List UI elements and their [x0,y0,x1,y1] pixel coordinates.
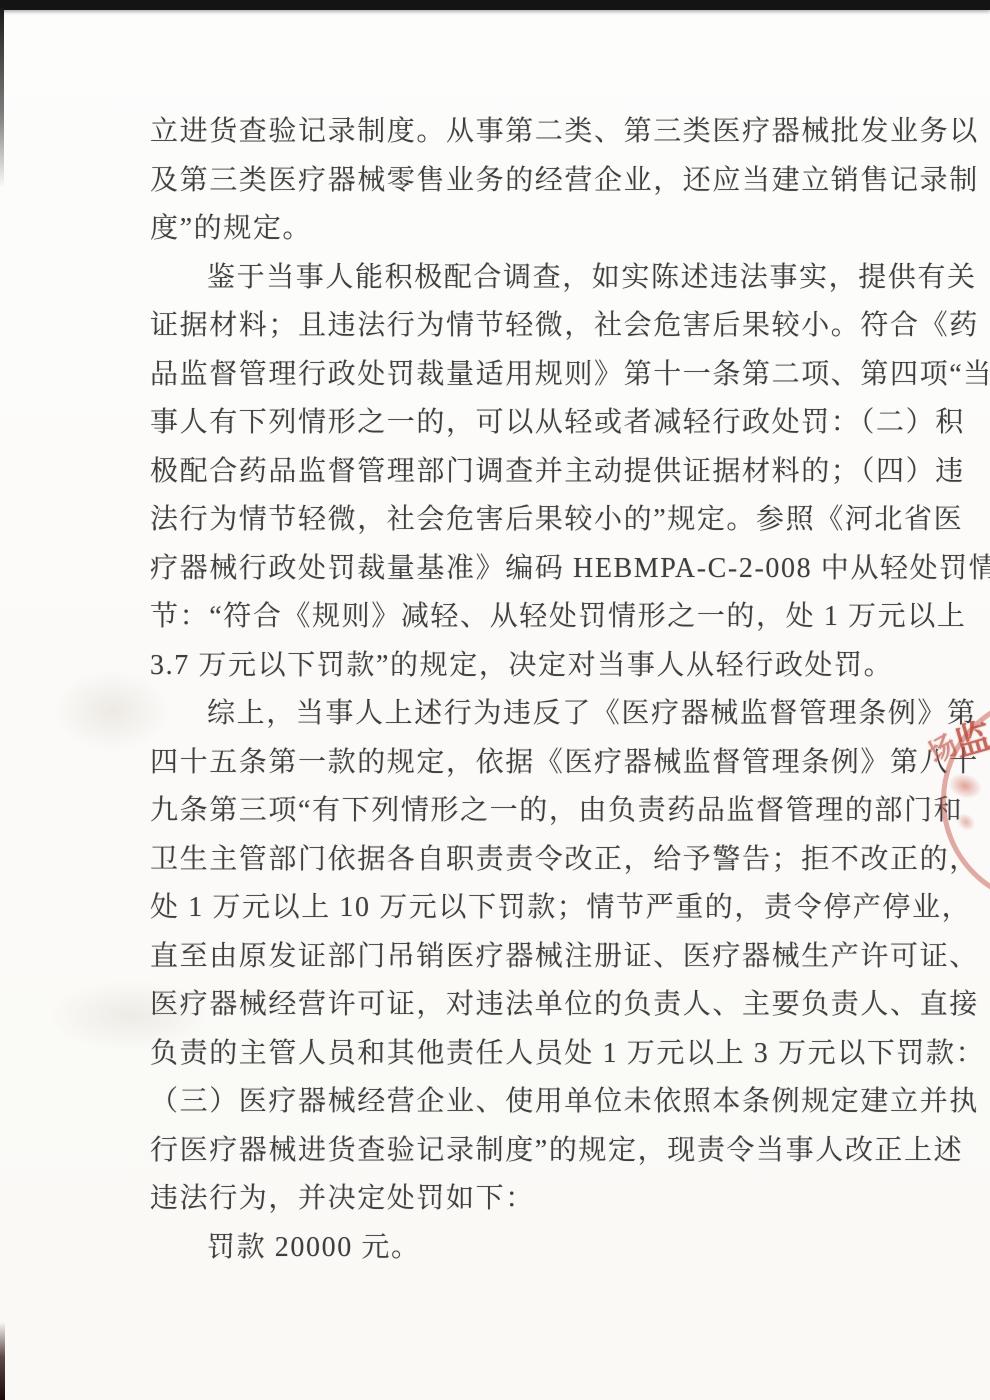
penalty-amount-line: 罚款 20000 元。 [150,1224,910,1273]
text-line: 节：“符合《规则》减轻、从轻处罚情形之一的，处 1 万元以上 [150,593,910,642]
text-line: 立进货查验记录制度。从事第二类、第三类医疗器械批发业务以 [150,108,910,157]
text-line: 法行为情节轻微，社会危害后果较小的”规定。参照《河北省医 [150,496,910,545]
text-line: （三）医疗器械经营企业、使用单位未依照本条例规定建立并执 [150,1078,910,1127]
text-line: 医疗器械经营许可证，对违法单位的负责人、主要负责人、直接 [150,981,910,1030]
scan-top-edge [0,0,990,10]
text-line: 九条第三项“有下列情形之一的，由负责药品监督管理的部门和 [150,787,910,836]
text-line: 疗器械行政处罚裁量基准》编码 HEBMPA-C-2-008 中从轻处罚情 [150,545,910,594]
document-text-block: 立进货查验记录制度。从事第二类、第三类医疗器械批发业务以 及第三类医疗器械零售业… [150,108,910,1272]
text-line: 综上，当事人上述行为违反了《医疗器械监督管理条例》第 [150,690,910,739]
text-line: 违法行为，并决定处罚如下： [150,1175,910,1224]
scan-bottom-left-edge-artifact [0,1322,5,1400]
scanned-document-page: { "page": { "lines": [ "立进货查验记录制度。从事第二类、… [0,0,990,1400]
text-line: 处 1 万元以上 10 万元以下罚款；情节严重的，责令停产停业， [150,884,910,933]
text-line: 卫生主管部门依据各自职责责令改正，给予警告；拒不改正的， [150,836,910,885]
text-line: 极配合药品监督管理部门调查并主动提供证据材料的；（四）违 [150,448,910,497]
text-line: 品监督管理行政处罚裁量适用规则》第十一条第二项、第四项“当 [150,351,910,400]
text-line: 负责的主管人员和其他责任人员处 1 万元以上 3 万元以下罚款： [150,1030,910,1079]
text-line: 3.7 万元以下罚款”的规定，决定对当事人从轻行政处罚。 [150,642,910,691]
text-line: 行医疗器械进货查验记录制度”的规定，现责令当事人改正上述 [150,1127,910,1176]
text-line: 四十五条第一款的规定，依据《医疗器械监督管理条例》第八十 [150,739,910,788]
text-line: 鉴于当事人能积极配合调查，如实陈述违法事实，提供有关 [150,254,910,303]
text-line: 及第三类医疗器械零售业务的经营企业，还应当建立销售记录制 [150,157,910,206]
text-line: 事人有下列情形之一的，可以从轻或者减轻行政处罚：（二）积 [150,399,910,448]
text-line: 直至由原发证部门吊销医疗器械注册证、医疗器械生产许可证、 [150,933,910,982]
scan-left-edge-artifact [0,8,4,188]
text-line: 度”的规定。 [150,205,910,254]
text-line: 证据材料；且违法行为情节轻微，社会危害后果较小。符合《药 [150,302,910,351]
